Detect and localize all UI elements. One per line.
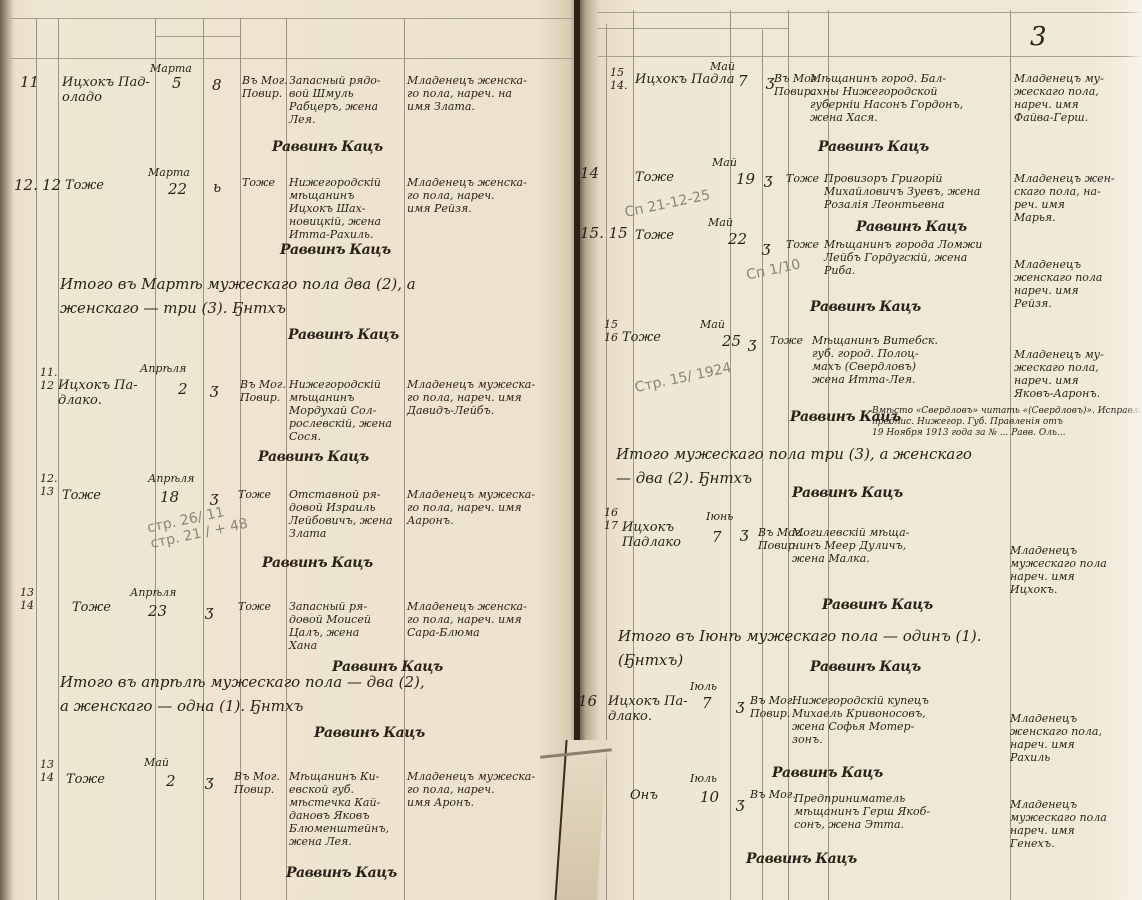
hebrew-day: ʒ bbox=[205, 774, 213, 789]
child-name: Младенецъ мужескаго пола нареч. имя Ицхо… bbox=[1010, 544, 1107, 596]
child-name: Младенецъ му- жескаго пола, нареч. имя Ф… bbox=[1014, 72, 1104, 124]
hebrew-day: 8 bbox=[212, 78, 222, 93]
birth-day: 7 bbox=[738, 74, 748, 89]
rabbi-signature: Раввинъ Кацъ bbox=[272, 140, 383, 155]
child-name: Младенецъ мужескаго пола нареч. имя Гене… bbox=[1010, 798, 1107, 850]
parents: Мѣщанинъ Витебск. губ. город. Полоц- мах… bbox=[812, 334, 938, 386]
parents: Нижегородскій купецъ Михаель Кривоносовъ… bbox=[792, 694, 929, 746]
entry-number: 15 16 bbox=[604, 318, 618, 344]
col-rule bbox=[606, 24, 607, 900]
header-bottom-rule bbox=[598, 56, 1142, 57]
birth-month: Іюль bbox=[690, 680, 717, 693]
birth-place: Въ Мог. Повир. bbox=[234, 770, 280, 796]
rabbi-name: Тоже bbox=[635, 170, 674, 185]
child-name: Младенецъ женска- го пола, нареч. на имя… bbox=[407, 74, 527, 113]
parents: Нижегородскій мѣщанинъ Ицхокъ Шах- новиц… bbox=[289, 176, 381, 241]
child-name: Младенецъ мужеска- го пола, нареч. имя Д… bbox=[407, 378, 535, 417]
pencil-annotation: Стр. 15/ 1924 bbox=[633, 360, 733, 396]
birth-month: Апрѣля bbox=[148, 472, 194, 485]
birth-month: Іюль bbox=[690, 772, 717, 785]
birth-place: Въ Мог. Повир. bbox=[242, 74, 288, 100]
entry-number: 13 14 bbox=[20, 586, 34, 612]
birth-day: 2 bbox=[178, 382, 188, 397]
hebrew-day: ʒ bbox=[210, 382, 218, 397]
rabbi-name: Тоже bbox=[635, 228, 674, 243]
parents: Могилевскій мѣща- нинъ Меер Дуличъ, жена… bbox=[792, 526, 909, 565]
hebrew-day: ʒ bbox=[736, 698, 744, 713]
rabbi-name: Тоже bbox=[65, 178, 104, 193]
hebrew-day: ʒ bbox=[210, 490, 218, 505]
rabbi-signature: Раввинъ Кацъ bbox=[258, 450, 369, 465]
birth-month: Май bbox=[700, 318, 725, 331]
child-name: Младенецъ мужеска- го пола, нареч. имя А… bbox=[407, 488, 535, 527]
entry-number: 14 bbox=[580, 166, 599, 181]
rabbi-name: Тоже bbox=[72, 600, 111, 615]
parents: Запасный рядо- вой Шмуль Рабцеръ, жена Л… bbox=[289, 74, 381, 126]
entry-number: 12. bbox=[14, 178, 38, 193]
header-top-rule bbox=[598, 12, 1142, 13]
entry-number: 15. 15 bbox=[580, 226, 628, 241]
birth-place: Тоже bbox=[786, 172, 819, 185]
birth-place: Въ Мог. bbox=[750, 788, 796, 801]
col-rule bbox=[1010, 10, 1011, 900]
rabbi-signature: Раввинъ Кацъ bbox=[262, 556, 373, 571]
parents: Мѣщанинъ города Ломжи Лейбъ Гордугскій, … bbox=[824, 238, 982, 277]
child-name: Младенецъ жен- скаго пола, на- реч. имя … bbox=[1014, 172, 1115, 224]
birth-day: 18 bbox=[160, 490, 179, 505]
birth-day: 7 bbox=[712, 530, 722, 545]
rabbi-name: Тоже bbox=[62, 488, 101, 503]
birth-day: 22 bbox=[168, 182, 187, 197]
total-text: Итого въ Мартѣ мужескаго пола два (2), а… bbox=[60, 272, 416, 320]
pencil-annotation: Сп 21-12-25 bbox=[623, 187, 711, 221]
birth-place: Въ Мог. Повир. bbox=[750, 694, 796, 720]
birth-place: Тоже bbox=[238, 488, 271, 501]
col-rule bbox=[404, 18, 405, 900]
birth-day: 23 bbox=[148, 604, 167, 619]
child-name: Младенецъ му- жескаго пола, нареч. имя Я… bbox=[1014, 348, 1104, 400]
birth-place: Тоже bbox=[786, 238, 819, 251]
rabbi-signature: Раввинъ Кацъ bbox=[792, 486, 903, 501]
rabbi-name: Тоже bbox=[66, 772, 105, 787]
rabbi-name: Ицхокъ Падлако bbox=[622, 520, 681, 550]
rabbi-signature: Раввинъ Кацъ bbox=[286, 866, 397, 881]
total-text: Итого въ апрѣлѣ мужескаго пола — два (2)… bbox=[60, 670, 425, 718]
total-text: Итого мужескаго пола три (3), а женскаго… bbox=[616, 442, 972, 490]
rabbi-name: Ицхокъ Па- длако. bbox=[608, 694, 688, 724]
rabbi-name: Ицхокъ Пад- оладо bbox=[62, 75, 150, 105]
hebrew-day: ь bbox=[213, 180, 221, 195]
rabbi-name: Ицхокъ Падла bbox=[635, 72, 734, 87]
birth-month: Май bbox=[712, 156, 737, 169]
entry-number: 16 bbox=[578, 694, 597, 709]
rabbi-signature: Раввинъ Кацъ bbox=[856, 220, 967, 235]
header-top-rule bbox=[10, 18, 578, 19]
header-sub-rule bbox=[598, 28, 788, 29]
hebrew-day: ʒ bbox=[740, 526, 748, 541]
parents: Нижегородскій мѣщанинъ Мордухай Сол- рос… bbox=[289, 378, 392, 443]
col-rule bbox=[36, 18, 37, 900]
birth-day: 25 bbox=[722, 334, 741, 349]
rabbi-signature: Раввинъ Кацъ bbox=[818, 140, 929, 155]
birth-month: Іюнь bbox=[706, 510, 733, 523]
birth-month: Марта bbox=[150, 62, 192, 75]
child-name: Младенецъ мужеска- го пола, нареч. имя А… bbox=[407, 770, 535, 809]
rabbi-signature: Раввинъ Кацъ bbox=[822, 598, 933, 613]
birth-place: Тоже bbox=[238, 600, 271, 613]
birth-day: 2 bbox=[166, 774, 176, 789]
rabbi-signature: Раввинъ Кацъ bbox=[314, 726, 425, 741]
hebrew-day: ʒ bbox=[762, 240, 770, 255]
pencil-annotation: Сп 1/10 bbox=[745, 256, 802, 283]
hebrew-day: ʒ bbox=[736, 796, 744, 811]
birth-day: 22 bbox=[728, 232, 747, 247]
entry-number: 12. 13 bbox=[40, 472, 58, 498]
birth-month: Май bbox=[144, 756, 169, 769]
birth-month: Марта bbox=[148, 166, 190, 179]
page-number: 3 bbox=[1030, 22, 1047, 52]
birth-place: Тоже bbox=[770, 334, 803, 347]
header-bottom-rule bbox=[10, 58, 578, 59]
entry-number: 16 17 bbox=[604, 506, 618, 532]
birth-month: Май bbox=[710, 60, 735, 73]
birth-month: Май bbox=[708, 216, 733, 229]
birth-day: 19 bbox=[736, 172, 755, 187]
rabbi-signature: Раввинъ Кацъ bbox=[772, 766, 883, 781]
rabbi-name: Ицхокъ Па- длако. bbox=[58, 378, 138, 408]
pencil-annotation: стр. 26/ 11 стр. 21 / + 48 bbox=[146, 500, 250, 552]
birth-month: Апрѣля bbox=[130, 586, 176, 599]
child-name: Младенецъ женскаго пола нареч. имя Рейзя… bbox=[1014, 258, 1103, 310]
col-rule bbox=[203, 18, 204, 900]
entry-number: 11. 12 bbox=[40, 366, 58, 392]
rabbi-signature: Раввинъ Кацъ bbox=[790, 410, 901, 425]
birth-place: Тоже bbox=[242, 176, 275, 189]
rabbi-signature: Раввинъ Кацъ bbox=[746, 852, 857, 867]
parents: Предприниматель мѣщанинъ Герш Якоб- сонъ… bbox=[794, 792, 930, 831]
rabbi-signature: Раввинъ Кацъ bbox=[288, 328, 399, 343]
rabbi-signature: Раввинъ Кацъ bbox=[280, 243, 391, 258]
parents: Мѣщанинъ Ки- евской губ. мѣстечка Кай- д… bbox=[289, 770, 389, 848]
hebrew-day: ʒ bbox=[764, 172, 772, 187]
left-page: 11 Ицхокъ Пад- оладо Марта 5 8 Въ Мог. П… bbox=[0, 0, 578, 900]
child-name: Младенецъ женска- го пола, нареч. имя Са… bbox=[407, 600, 527, 639]
col-rule bbox=[58, 18, 59, 900]
birth-day: 5 bbox=[172, 76, 182, 91]
birth-day: 7 bbox=[702, 696, 712, 711]
hebrew-day: ʒ bbox=[205, 604, 213, 619]
entry-number: 11 bbox=[20, 75, 39, 90]
col-rule bbox=[240, 18, 241, 900]
correction-note: Вмѣсто «Свердловъ» читать «(Свердловъ)».… bbox=[872, 406, 1142, 439]
parents: Провизоръ Григорій Михайловичъ Зуевъ, же… bbox=[824, 172, 980, 211]
right-page: 3 15 14. Ицхокъ Падла Май 7 ʒ Въ Мог. По… bbox=[578, 0, 1142, 900]
header-sub-rule bbox=[155, 36, 240, 37]
birth-day: 10 bbox=[700, 790, 719, 805]
rabbi-signature: Раввинъ Кацъ bbox=[810, 300, 921, 315]
birth-place: Въ Мог. Повир. bbox=[240, 378, 286, 404]
parents: Мѣщанинъ город. Бал- ахны Нижегородской … bbox=[810, 72, 963, 124]
rabbi-name: Тоже bbox=[622, 330, 661, 345]
child-name: Младенецъ женскаго пола, нареч. имя Рахи… bbox=[1010, 712, 1102, 764]
total-text: Итого въ Іюнѣ мужескаго пола — одинъ (1)… bbox=[618, 624, 982, 672]
rabbi-signature: Раввинъ Кацъ bbox=[810, 660, 921, 675]
hebrew-day: ʒ bbox=[748, 336, 756, 351]
child-name: Младенецъ женска- го пола, нареч. имя Ре… bbox=[407, 176, 527, 215]
entry-number: 13 14 bbox=[40, 758, 54, 784]
rabbi-name: Онъ bbox=[630, 788, 658, 803]
entry-number-alt: 12 bbox=[42, 178, 61, 193]
parents: Отставной ря- довой Израиль Лейбовичъ, ж… bbox=[289, 488, 393, 540]
birth-month: Апрѣля bbox=[140, 362, 186, 375]
parents: Запасный ря- довой Моисей Цалъ, жена Хан… bbox=[289, 600, 371, 652]
entry-number: 15 14. bbox=[610, 66, 628, 92]
